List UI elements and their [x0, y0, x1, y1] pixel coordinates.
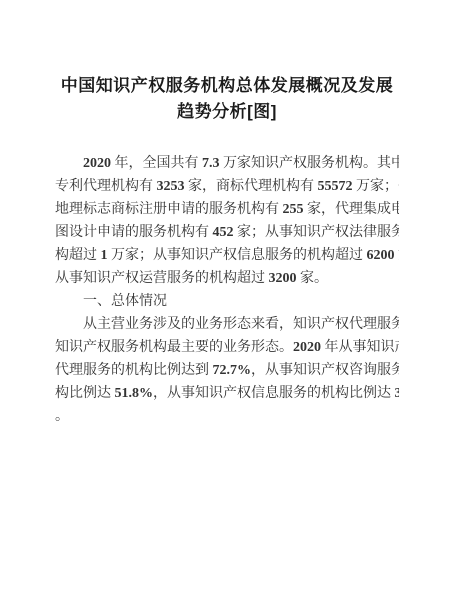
text-line: 2020 年，全国共有 7.3 万家知识产权服务机构。其中，: [55, 152, 399, 175]
text-line: 地理标志商标注册申请的服务机构有 255 家，代理集成电路布: [55, 198, 399, 221]
text-line: 从事知识产权运营服务的机构超过 3200 家。: [55, 267, 399, 290]
text-line: 。: [55, 405, 399, 428]
text-line: 专利代理机构有 3253 家，商标代理机构有 55572 万家；代理: [55, 175, 399, 198]
text-line: 代理服务的机构比例达到 72.7%，从事知识产权咨询服务的机: [55, 359, 399, 382]
text-line: 构超过 1 万家；从事知识产权信息服务的机构超过 6200 家；: [55, 244, 399, 267]
text-line: 构比例达 51.8%，从事知识产权信息服务的机构比例达 31.3%: [55, 382, 399, 405]
paragraph: 2020 年，全国共有 7.3 万家知识产权服务机构。其中，专利代理机构有 32…: [55, 152, 399, 290]
section-heading: 一、总体情况: [55, 290, 399, 313]
page-title: 中国知识产权服务机构总体发展概况及发展 趋势分析[图]: [55, 73, 399, 125]
page-title-line-1: 中国知识产权服务机构总体发展概况及发展: [55, 73, 399, 99]
document-page: 中国知识产权服务机构总体发展概况及发展 趋势分析[图] 2020 年，全国共有 …: [0, 0, 463, 600]
document-body: 2020 年，全国共有 7.3 万家知识产权服务机构。其中，专利代理机构有 32…: [55, 152, 399, 428]
text-line: 知识产权服务机构最主要的业务形态。2020 年从事知识产权: [55, 336, 399, 359]
page-title-line-2: 趋势分析[图]: [55, 99, 399, 125]
text-line: 图设计申请的服务机构有 452 家；从事知识产权法律服务的机: [55, 221, 399, 244]
text-line: 一、总体情况: [55, 290, 399, 313]
paragraph: 从主营业务涉及的业务形态来看，知识产权代理服务是知识产权服务机构最主要的业务形态…: [55, 313, 399, 428]
text-line: 从主营业务涉及的业务形态来看，知识产权代理服务是: [55, 313, 399, 336]
